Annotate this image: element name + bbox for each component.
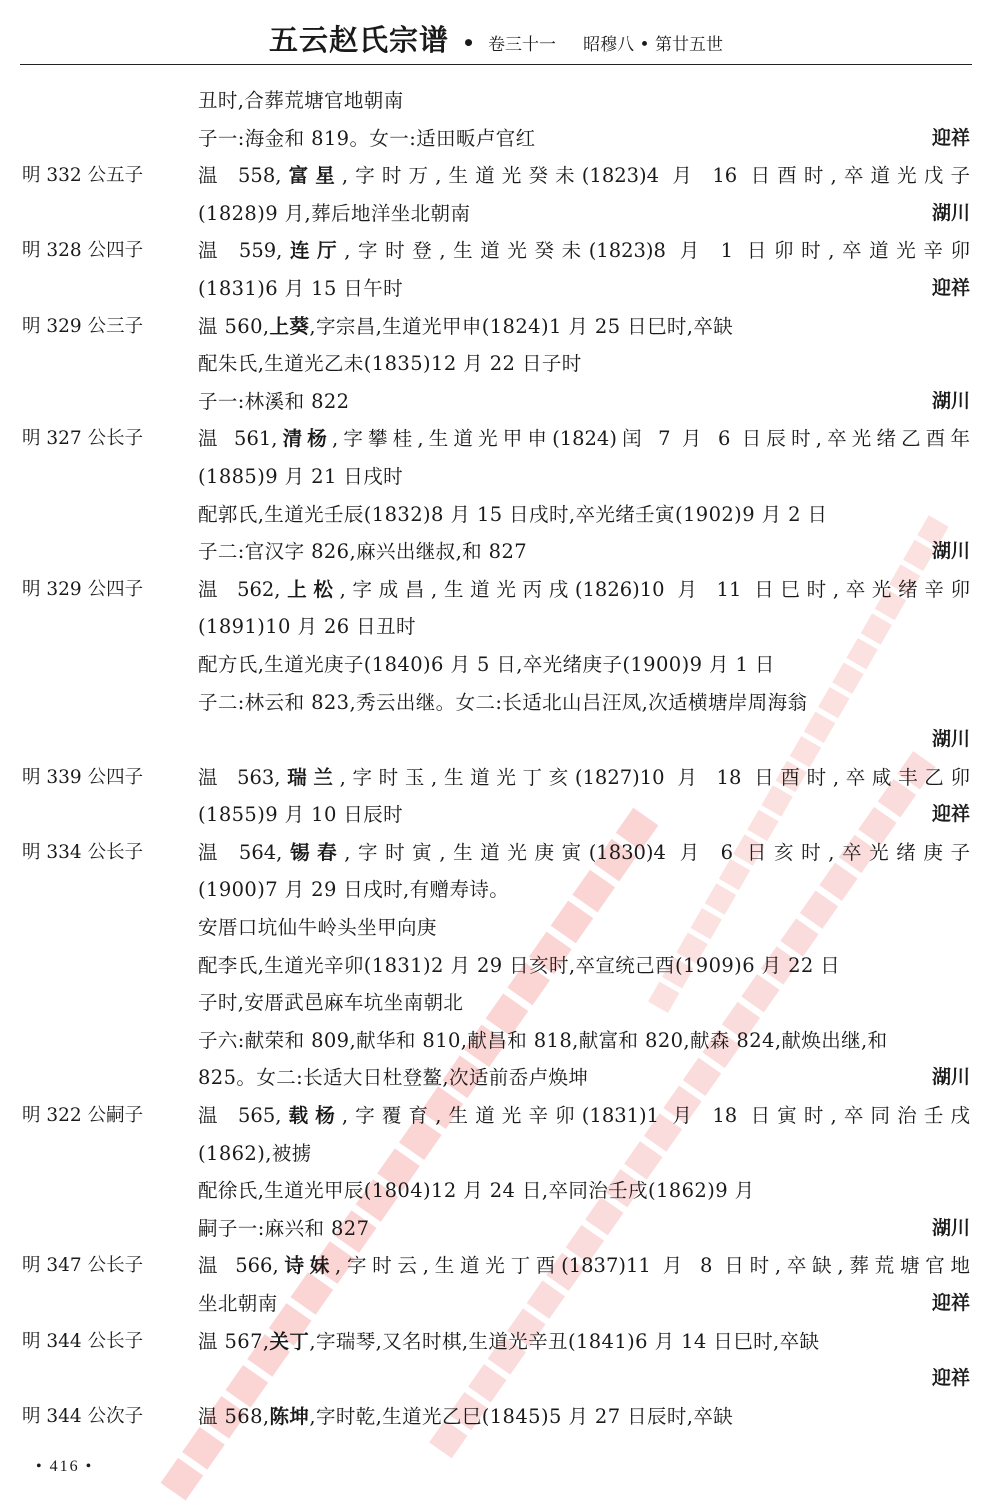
lineage-label: 明 327 公长子 [22, 420, 143, 458]
entry-text: 嗣子一:麻兴和 827 [198, 1210, 369, 1248]
generation-number: 温 562, [198, 578, 281, 601]
entry-line: 配朱氏,生道光乙未(1835)12 月 22 日子时 [0, 345, 992, 383]
entry-body: 安厝口坑仙牛岭头坐甲向庚 [198, 916, 437, 939]
entry-text: 温 566,诗妹,字时云,生道光丁酉(1837)11 月 8 日时,卒缺,葬荒塘… [198, 1247, 970, 1285]
entry-text: 温 561,清杨,字攀桂,生道光甲申(1824)闰 7 月 6 日辰时,卒光绪乙… [198, 420, 970, 458]
entry-body: 子时,安厝武邑麻车坑坐南朝北 [198, 991, 463, 1014]
entry-body: ,字时玉,生道光丁亥(1827)10 月 18 日酉时,卒咸丰乙卯 [340, 766, 970, 789]
entry-text: (1831)6 月 15 日午时 [198, 270, 403, 308]
entry-first-line: 明 339 公四子温 563,瑞兰,字时玉,生道光丁亥(1827)10 月 18… [0, 759, 992, 797]
entry-body: ,字宗昌,生道光甲申(1824)1 月 25 日巳时,卒缺 [309, 315, 733, 338]
entry-text: 丑时,合葬荒塘官地朝南 [198, 82, 404, 120]
entry-body: 配徐氏,生道光甲辰(1804)12 月 24 日,卒同治壬戌(1862)9 月 [198, 1179, 755, 1202]
branch-label: 湖川 [932, 721, 970, 759]
entry-body: (1828)9 月,葬后地洋坐北朝南 [198, 202, 470, 225]
entry-line: (1900)7 月 29 日戌时,有赠寿诗。 [0, 871, 992, 909]
entry-body: 825。女二:长适大日杜登鳌,次适前岙卢焕坤 [198, 1066, 588, 1089]
lineage-label: 明 332 公五子 [22, 157, 143, 195]
entry-body: 子六:献荣和 809,献华和 810,献昌和 818,献富和 820,献森 82… [198, 1029, 888, 1052]
entry-text: 温 568,陈坤,字时乾,生道光乙巳(1845)5 月 27 日辰时,卒缺 [198, 1398, 733, 1436]
lineage-label: 明 328 公四子 [22, 232, 143, 270]
header-divider [20, 64, 972, 65]
entry-text: 温 567,关丁,字瑞琴,又名时棋,生道光辛丑(1841)6 月 14 日巳时,… [198, 1323, 819, 1361]
generation-number: 温 558, [198, 164, 281, 187]
entry-body: ,字瑞琴,又名时棋,生道光辛丑(1841)6 月 14 日巳时,卒缺 [309, 1330, 819, 1353]
person-name: 锡春 [282, 841, 344, 864]
entry-body: 子二:官汉字 826,麻兴出继叔,和 827 [198, 540, 527, 563]
entry-text: (1885)9 月 21 日戌时 [198, 458, 403, 496]
entry-line: 迎祥 [0, 1360, 992, 1398]
entry-text: 子二:官汉字 826,麻兴出继叔,和 827 [198, 533, 527, 571]
entry-first-line: 明 329 公四子温 562,上松,字成昌,生道光丙戌(1826)10 月 11… [0, 571, 992, 609]
entry-body: ,字时万,生道光癸未(1823)4 月 16 日酉时,卒道光戊子 [342, 164, 970, 187]
lineage-label: 明 329 公三子 [22, 308, 143, 346]
branch-label: 迎祥 [932, 1285, 970, 1323]
entry-text: 温 564,锡春,字时寅,生道光庚寅(1830)4 月 6 日亥时,卒光绪庚子 [198, 834, 970, 872]
entry-line: 丑时,合葬荒塘官地朝南 [0, 82, 992, 120]
entry-text: 子一:林溪和 822 [198, 383, 350, 421]
page-number: • 416 • [36, 1458, 93, 1476]
genealogy-entries: 丑时,合葬荒塘官地朝南子一:海金和 819。女一:适田畈卢官红迎祥明 332 公… [0, 82, 992, 1435]
entry-text: (1828)9 月,葬后地洋坐北朝南 [198, 195, 470, 233]
entry-text: 配朱氏,生道光乙未(1835)12 月 22 日子时 [198, 345, 582, 383]
entry-text: 温 562,上松,字成昌,生道光丙戌(1826)10 月 11 日巳时,卒光绪辛… [198, 571, 970, 609]
person-name: 连厅 [282, 239, 344, 262]
entry-line: 配徐氏,生道光甲辰(1804)12 月 24 日,卒同治壬戌(1862)9 月 [0, 1172, 992, 1210]
branch-label: 迎祥 [932, 120, 970, 158]
person-name: 关丁 [270, 1330, 310, 1353]
entry-text: 配李氏,生道光辛卯(1831)2 月 29 日亥时,卒宣统己酉(1909)6 月… [198, 947, 840, 985]
entry-line: 安厝口坑仙牛岭头坐甲向庚 [0, 909, 992, 947]
entry-text: 温 558,富星,字时万,生道光癸未(1823)4 月 16 日酉时,卒道光戊子 [198, 157, 970, 195]
branch-label: 湖川 [932, 195, 970, 233]
entry-body: 配李氏,生道光辛卯(1831)2 月 29 日亥时,卒宣统己酉(1909)6 月… [198, 954, 840, 977]
lineage-label: 明 329 公四子 [22, 571, 143, 609]
lineage-label: 明 344 公次子 [22, 1398, 143, 1436]
generation-number: 温 564, [198, 841, 282, 864]
entry-text: 子二:林云和 823,秀云出继。女二:长适北山吕汪凤,次适横塘岸周海翁 [198, 684, 807, 722]
entry-text: (1855)9 月 10 日辰时 [198, 796, 403, 834]
lineage-label: 明 339 公四子 [22, 759, 143, 797]
entry-first-line: 明 322 公嗣子温 565,载杨,字覆育,生道光辛卯(1831)1 月 18 … [0, 1097, 992, 1135]
entry-first-line: 明 344 公长子温 567,关丁,字瑞琴,又名时棋,生道光辛丑(1841)6 … [0, 1323, 992, 1361]
entry-body: (1831)6 月 15 日午时 [198, 277, 403, 300]
entry-body: 配郭氏,生道光壬辰(1832)8 月 15 日戌时,卒光绪壬寅(1902)9 月… [198, 503, 827, 526]
entry-text: (1862),被掳 [198, 1135, 312, 1173]
entry-body: 坐北朝南 [198, 1292, 278, 1315]
person-name: 富星 [281, 164, 341, 187]
entry-text: 温 563,瑞兰,字时玉,生道光丁亥(1827)10 月 18 日酉时,卒咸丰乙… [198, 759, 970, 797]
entry-text: 子六:献荣和 809,献华和 810,献昌和 818,献富和 820,献森 82… [198, 1022, 888, 1060]
entry-body: ,字时寅,生道光庚寅(1830)4 月 6 日亥时,卒光绪庚子 [344, 841, 970, 864]
entry-body: (1885)9 月 21 日戌时 [198, 465, 403, 488]
generation-number: 温 559, [198, 239, 282, 262]
entry-text: 坐北朝南 [198, 1285, 278, 1323]
entry-text: (1900)7 月 29 日戌时,有赠寿诗。 [198, 871, 509, 909]
entry-line: 子一:海金和 819。女一:适田畈卢官红迎祥 [0, 120, 992, 158]
lineage-label: 明 347 公长子 [22, 1247, 143, 1285]
person-name: 瑞兰 [281, 766, 340, 789]
entry-first-line: 明 344 公次子温 568,陈坤,字时乾,生道光乙巳(1845)5 月 27 … [0, 1398, 992, 1436]
entry-body: ,字攀桂,生道光甲申(1824)闰 7 月 6 日辰时,卒光绪乙酉年 [332, 427, 970, 450]
entry-text: (1891)10 月 26 日丑时 [198, 608, 416, 646]
person-name: 清杨 [277, 427, 332, 450]
entry-body: 配方氏,生道光庚子(1840)6 月 5 日,卒光绪庚子(1900)9 月 1 … [198, 653, 775, 676]
entry-body: 配朱氏,生道光乙未(1835)12 月 22 日子时 [198, 352, 582, 375]
branch-label: 迎祥 [932, 796, 970, 834]
generation-number: 温 565, [198, 1104, 281, 1127]
entry-first-line: 明 327 公长子温 561,清杨,字攀桂,生道光甲申(1824)闰 7 月 6… [0, 420, 992, 458]
entry-line: 子二:林云和 823,秀云出继。女二:长适北山吕汪凤,次适横塘岸周海翁 [0, 684, 992, 722]
entry-body: 子一:林溪和 822 [198, 390, 350, 413]
entry-body: (1900)7 月 29 日戌时,有赠寿诗。 [198, 878, 509, 901]
lineage-label: 明 334 公长子 [22, 834, 143, 872]
entry-body: ,字时云,生道光丁酉(1837)11 月 8 日时,卒缺,葬荒塘官地 [335, 1254, 970, 1277]
entry-first-line: 明 347 公长子温 566,诗妹,字时云,生道光丁酉(1837)11 月 8 … [0, 1247, 992, 1285]
branch-label: 湖川 [932, 383, 970, 421]
lineage-label: 明 344 公长子 [22, 1323, 143, 1361]
branch-label: 迎祥 [932, 1360, 970, 1398]
entry-text: 配郭氏,生道光壬辰(1832)8 月 15 日戌时,卒光绪壬寅(1902)9 月… [198, 496, 827, 534]
entry-line: 子时,安厝武邑麻车坑坐南朝北 [0, 984, 992, 1022]
person-name: 载杨 [281, 1104, 341, 1127]
entry-line: 子一:林溪和 822湖川 [0, 383, 992, 421]
header-separator: • [462, 31, 475, 55]
entry-line: (1855)9 月 10 日辰时迎祥 [0, 796, 992, 834]
entry-body: 丑时,合葬荒塘官地朝南 [198, 89, 404, 112]
entry-text: 子时,安厝武邑麻车坑坐南朝北 [198, 984, 463, 1022]
entry-body: ,字覆育,生道光辛卯(1831)1 月 18 日寅时,卒同治壬戌 [342, 1104, 970, 1127]
generation-number: 温 563, [198, 766, 281, 789]
entry-body: 子二:林云和 823,秀云出继。女二:长适北山吕汪凤,次适横塘岸周海翁 [198, 691, 807, 714]
entry-text: 温 560,上葵,字宗昌,生道光甲申(1824)1 月 25 日巳时,卒缺 [198, 308, 733, 346]
chapter-label: 昭穆八 • 第廿五世 [583, 35, 723, 55]
branch-label: 湖川 [932, 1059, 970, 1097]
entry-text: 825。女二:长适大日杜登鳌,次适前岙卢焕坤 [198, 1059, 588, 1097]
entry-body: ,字时乾,生道光乙巳(1845)5 月 27 日辰时,卒缺 [309, 1405, 733, 1428]
entry-line: 配李氏,生道光辛卯(1831)2 月 29 日亥时,卒宣统己酉(1909)6 月… [0, 947, 992, 985]
entry-line: (1862),被掳 [0, 1135, 992, 1173]
person-name: 诗妹 [279, 1254, 335, 1277]
generation-number: 温 568, [198, 1405, 270, 1428]
generation-number: 温 560, [198, 315, 270, 338]
generation-number: 温 561, [198, 427, 277, 450]
entry-first-line: 明 328 公四子温 559,连厅,字时登,生道光癸未(1823)8 月 1 日… [0, 232, 992, 270]
entry-first-line: 明 332 公五子温 558,富星,字时万,生道光癸未(1823)4 月 16 … [0, 157, 992, 195]
entry-line: 子六:献荣和 809,献华和 810,献昌和 818,献富和 820,献森 82… [0, 1022, 992, 1060]
entry-text: 安厝口坑仙牛岭头坐甲向庚 [198, 909, 437, 947]
entry-text: 子一:海金和 819。女一:适田畈卢官红 [198, 120, 536, 158]
entry-line: (1885)9 月 21 日戌时 [0, 458, 992, 496]
entry-body: ,字成昌,生道光丙戌(1826)10 月 11 日巳时,卒光绪辛卯 [340, 578, 970, 601]
entry-line: (1891)10 月 26 日丑时 [0, 608, 992, 646]
generation-number: 温 567, [198, 1330, 270, 1353]
entry-body: (1855)9 月 10 日辰时 [198, 803, 403, 826]
entry-first-line: 明 329 公三子温 560,上葵,字宗昌,生道光甲申(1824)1 月 25 … [0, 308, 992, 346]
branch-label: 湖川 [932, 1210, 970, 1248]
person-name: 上松 [281, 578, 340, 601]
page-header: 五云赵氏宗谱 • 卷三十一 昭穆八 • 第廿五世 [0, 18, 992, 64]
branch-label: 湖川 [932, 533, 970, 571]
person-name: 上葵 [270, 315, 310, 338]
entry-line: 配方氏,生道光庚子(1840)6 月 5 日,卒光绪庚子(1900)9 月 1 … [0, 646, 992, 684]
entry-text: 温 565,载杨,字覆育,生道光辛卯(1831)1 月 18 日寅时,卒同治壬戌 [198, 1097, 970, 1135]
lineage-label: 明 322 公嗣子 [22, 1097, 143, 1135]
entry-line: (1831)6 月 15 日午时迎祥 [0, 270, 992, 308]
entry-body: 子一:海金和 819。女一:适田畈卢官红 [198, 127, 536, 150]
entry-body: (1891)10 月 26 日丑时 [198, 615, 416, 638]
generation-number: 温 566, [198, 1254, 279, 1277]
entry-text: 配徐氏,生道光甲辰(1804)12 月 24 日,卒同治壬戌(1862)9 月 [198, 1172, 755, 1210]
branch-label: 迎祥 [932, 270, 970, 308]
entry-line: (1828)9 月,葬后地洋坐北朝南湖川 [0, 195, 992, 233]
entry-body: ,字时登,生道光癸未(1823)8 月 1 日卯时,卒道光辛卯 [344, 239, 970, 262]
person-name: 陈坤 [270, 1405, 310, 1428]
volume-label: 卷三十一 [488, 35, 556, 55]
entry-line: 湖川 [0, 721, 992, 759]
entry-line: 子二:官汉字 826,麻兴出继叔,和 827湖川 [0, 533, 992, 571]
entry-line: 825。女二:长适大日杜登鳌,次适前岙卢焕坤湖川 [0, 1059, 992, 1097]
entry-body: (1862),被掳 [198, 1142, 312, 1165]
book-title: 五云赵氏宗谱 [269, 23, 449, 57]
entry-body: 嗣子一:麻兴和 827 [198, 1217, 369, 1240]
entry-text: 配方氏,生道光庚子(1840)6 月 5 日,卒光绪庚子(1900)9 月 1 … [198, 646, 775, 684]
entry-line: 配郭氏,生道光壬辰(1832)8 月 15 日戌时,卒光绪壬寅(1902)9 月… [0, 496, 992, 534]
entry-line: 嗣子一:麻兴和 827湖川 [0, 1210, 992, 1248]
entry-line: 坐北朝南迎祥 [0, 1285, 992, 1323]
entry-first-line: 明 334 公长子温 564,锡春,字时寅,生道光庚寅(1830)4 月 6 日… [0, 834, 992, 872]
entry-text: 温 559,连厅,字时登,生道光癸未(1823)8 月 1 日卯时,卒道光辛卯 [198, 232, 970, 270]
